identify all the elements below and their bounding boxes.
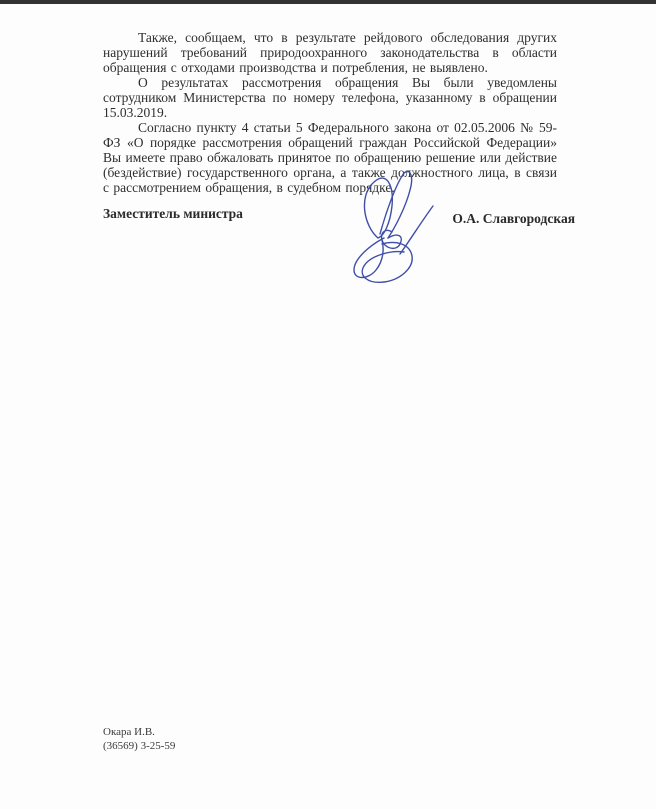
letter-body: Также, сообщаем, что в результате рейдов… <box>103 30 557 195</box>
executor-phone: (36569) 3-25-59 <box>103 740 175 754</box>
executor-contact: Окара И.В. (36569) 3-25-59 <box>103 726 175 753</box>
handwritten-signature-icon <box>346 168 438 288</box>
scan-edge-strip <box>0 0 656 4</box>
signer-name: О.А. Славгородская <box>452 211 575 227</box>
paragraph-notification: О результатах рассмотрения обращения Вы … <box>103 75 557 120</box>
scanned-letter-page: Также, сообщаем, что в результате рейдов… <box>0 0 656 809</box>
executor-name: Окара И.В. <box>103 726 175 740</box>
paragraph-appeal-rights: Согласно пункту 4 статьи 5 Федерального … <box>103 120 557 195</box>
signature-block: Заместитель министра О.А. Славгородская <box>103 206 575 227</box>
paragraph-raid-inspection: Также, сообщаем, что в результате рейдов… <box>103 30 557 75</box>
signer-position-title: Заместитель министра <box>103 206 243 222</box>
